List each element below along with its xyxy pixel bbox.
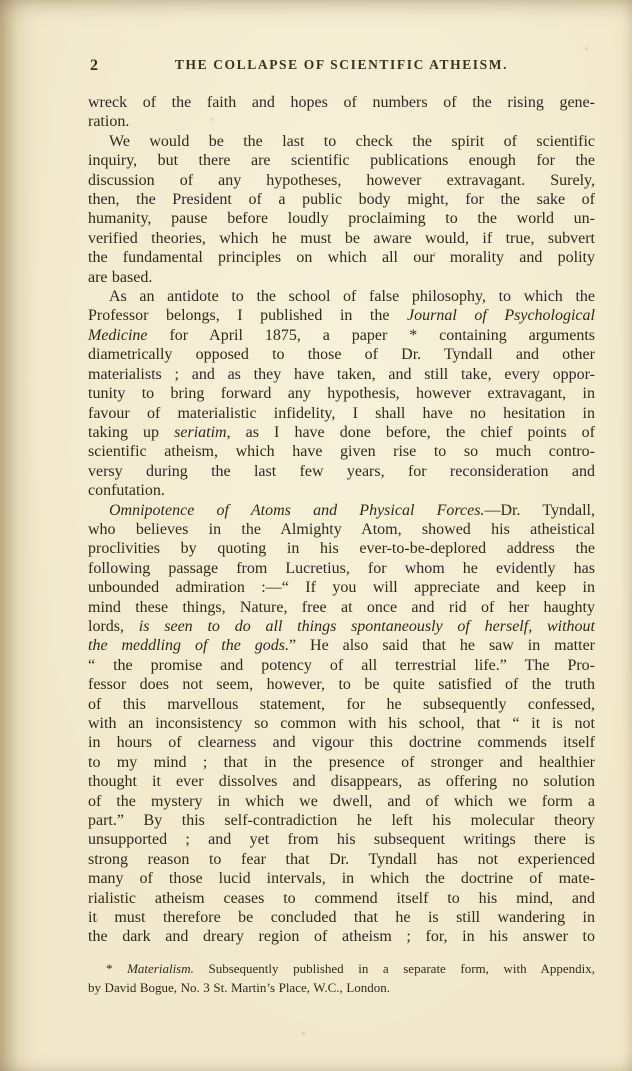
paragraph: We would be the last to check the spirit…: [88, 132, 595, 287]
text-line: strong reason to fear that Dr. Tyndall h…: [88, 850, 595, 869]
text-line: by David Bogue, No. 3 St. Martin’s Place…: [88, 978, 595, 997]
text-line: scientific atheism, which have given ris…: [88, 442, 595, 461]
text-line: We would be the last to check the spirit…: [88, 132, 595, 151]
text-line: wreck of the faith and hopes of numbers …: [88, 93, 595, 112]
text-line: discussion of any hypotheses, however ex…: [88, 171, 595, 190]
text-line: are based.: [88, 268, 595, 287]
text-line: Omnipotence of Atoms and Physical Forces…: [88, 501, 595, 520]
italic-text: the meddling of the gods.: [88, 637, 289, 654]
text-line: then, the President of a public body mig…: [88, 190, 595, 209]
page-body: wreck of the faith and hopes of numbers …: [88, 93, 595, 947]
paper-specks: [0, 0, 3, 3]
text-line: proclivities by quoting in his ever-to-b…: [88, 539, 595, 558]
text-line: materialists ; and as they have taken, a…: [88, 365, 595, 384]
text-line: part.” By this self-contradiction he lef…: [88, 811, 595, 830]
italic-text: Omnipotence of Atoms and Physical Forces…: [109, 502, 484, 519]
text-line: confutation.: [88, 481, 595, 500]
text-line: the meddling of the gods.” He also said …: [88, 636, 595, 655]
text-line: in hours of clearness and vigour this do…: [88, 733, 595, 752]
running-title: THE COLLAPSE OF SCIENTIFIC ATHEISM.: [88, 57, 595, 73]
text-line: following passage from Lucretius, for wh…: [88, 559, 595, 578]
text-line: who believes in the Almighty Atom, showe…: [88, 520, 595, 539]
text-line: fessor does not seem, however, to be qui…: [88, 675, 595, 694]
paragraph: Omnipotence of Atoms and Physical Forces…: [88, 501, 595, 947]
text-line: rialistic atheism ceases to commend itse…: [88, 889, 595, 908]
text-line: “ the promise and potency of all terrest…: [88, 656, 595, 675]
text-line: ration.: [88, 112, 595, 131]
page-header: 2 THE COLLAPSE OF SCIENTIFIC ATHEISM.: [88, 57, 595, 77]
paragraph: As an antidote to the school of false ph…: [88, 287, 595, 500]
italic-text: Journal of Psychological: [407, 307, 595, 324]
text-line: the fundamental principles on which all …: [88, 248, 595, 267]
footnote: * Materialism. Subsequently published in…: [88, 959, 595, 997]
text-line: humanity, pause before loudly proclaimin…: [88, 209, 595, 228]
text-line: it must therefore be concluded that he i…: [88, 908, 595, 927]
text-line: favour of materialistic infidelity, I sh…: [88, 404, 595, 423]
text-line: many of those lucid intervals, in which …: [88, 869, 595, 888]
italic-text: is seen to do all things spontaneously o…: [139, 618, 595, 635]
text-line: * Materialism. Subsequently published in…: [88, 959, 595, 978]
text-line: of this marvellous statement, for he sub…: [88, 695, 595, 714]
text-line: mind these things, Nature, free at once …: [88, 598, 595, 617]
text-line: Medicine for April 1875, a paper * conta…: [88, 326, 595, 345]
text-line: unbounded admiration :—“ If you will app…: [88, 578, 595, 597]
text-line: the dark and dreary region of atheism ; …: [88, 927, 595, 946]
text-line: tunity to bring forward any hypothesis, …: [88, 384, 595, 403]
text-line: versy during the last few years, for rec…: [88, 462, 595, 481]
text-line: diametrically opposed to those of Dr. Ty…: [88, 345, 595, 364]
text-line: of the mystery in which we dwell, and of…: [88, 792, 595, 811]
italic-text: seriatim: [174, 424, 226, 441]
text-line: thought it ever dissolves and disappears…: [88, 772, 595, 791]
text-line: Professor belongs, I published in the Jo…: [88, 306, 595, 325]
text-line: lords, is seen to do all things spontane…: [88, 617, 595, 636]
italic-text: Materialism.: [127, 961, 194, 976]
scanned-book-page: 2 THE COLLAPSE OF SCIENTIFIC ATHEISM. wr…: [0, 0, 632, 1071]
text-line: inquiry, but there are scientific public…: [88, 151, 595, 170]
paragraph: wreck of the faith and hopes of numbers …: [88, 93, 595, 132]
text-line: As an antidote to the school of false ph…: [88, 287, 595, 306]
page-number: 2: [90, 57, 99, 75]
text-line: to my mind ; that in the presence of str…: [88, 753, 595, 772]
text-line: verified theories, which he must be awar…: [88, 229, 595, 248]
text-line: unsupported ; and yet from his subsequen…: [88, 830, 595, 849]
text-line: with an inconsistency so common with his…: [88, 714, 595, 733]
text-line: taking up seriatim, as I have done befor…: [88, 423, 595, 442]
italic-text: Medicine: [88, 327, 148, 344]
